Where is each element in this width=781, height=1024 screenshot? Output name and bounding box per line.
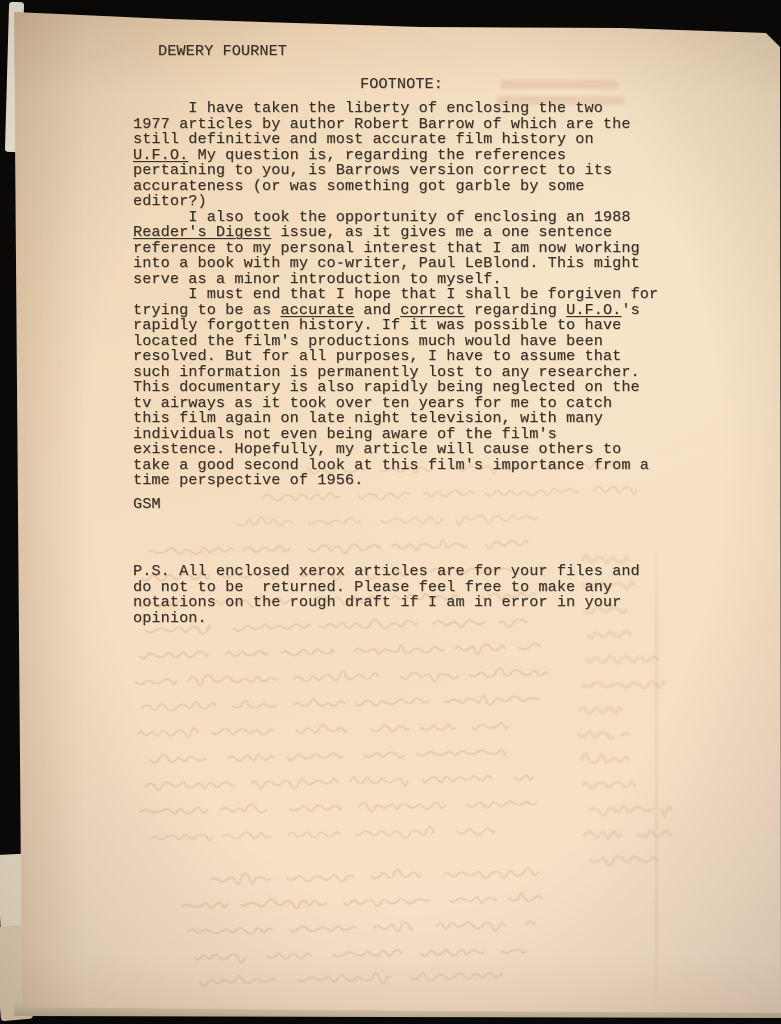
- page-title: FOOTNOTE:: [360, 77, 713, 93]
- paragraph: I must end that I hope that I shall be f…: [133, 287, 713, 489]
- letter-line: time perspective of 1956.: [133, 473, 713, 489]
- author-name: DEWERY FOURNET: [158, 44, 713, 60]
- signature: GSM: [133, 497, 713, 513]
- paragraph: I have taken the liberty of enclosing th…: [133, 101, 713, 210]
- letter-line: notations on the rough draft if I am in …: [133, 595, 713, 611]
- paragraph: I also took the opportunity of enclosing…: [133, 210, 713, 288]
- letter-line: opinion.: [133, 611, 713, 627]
- photo-backdrop: DEWERY FOURNET FOOTNOTE: I have taken th…: [0, 0, 781, 1024]
- letter-text: DEWERY FOURNET FOOTNOTE: I have taken th…: [133, 44, 713, 626]
- postscript: P.S. All enclosed xerox articles are for…: [133, 564, 713, 626]
- letter-body: I have taken the liberty of enclosing th…: [133, 101, 713, 489]
- letter-page: DEWERY FOURNET FOOTNOTE: I have taken th…: [0, 0, 781, 1024]
- letter-line: accurateness (or was something got garbl…: [133, 179, 713, 195]
